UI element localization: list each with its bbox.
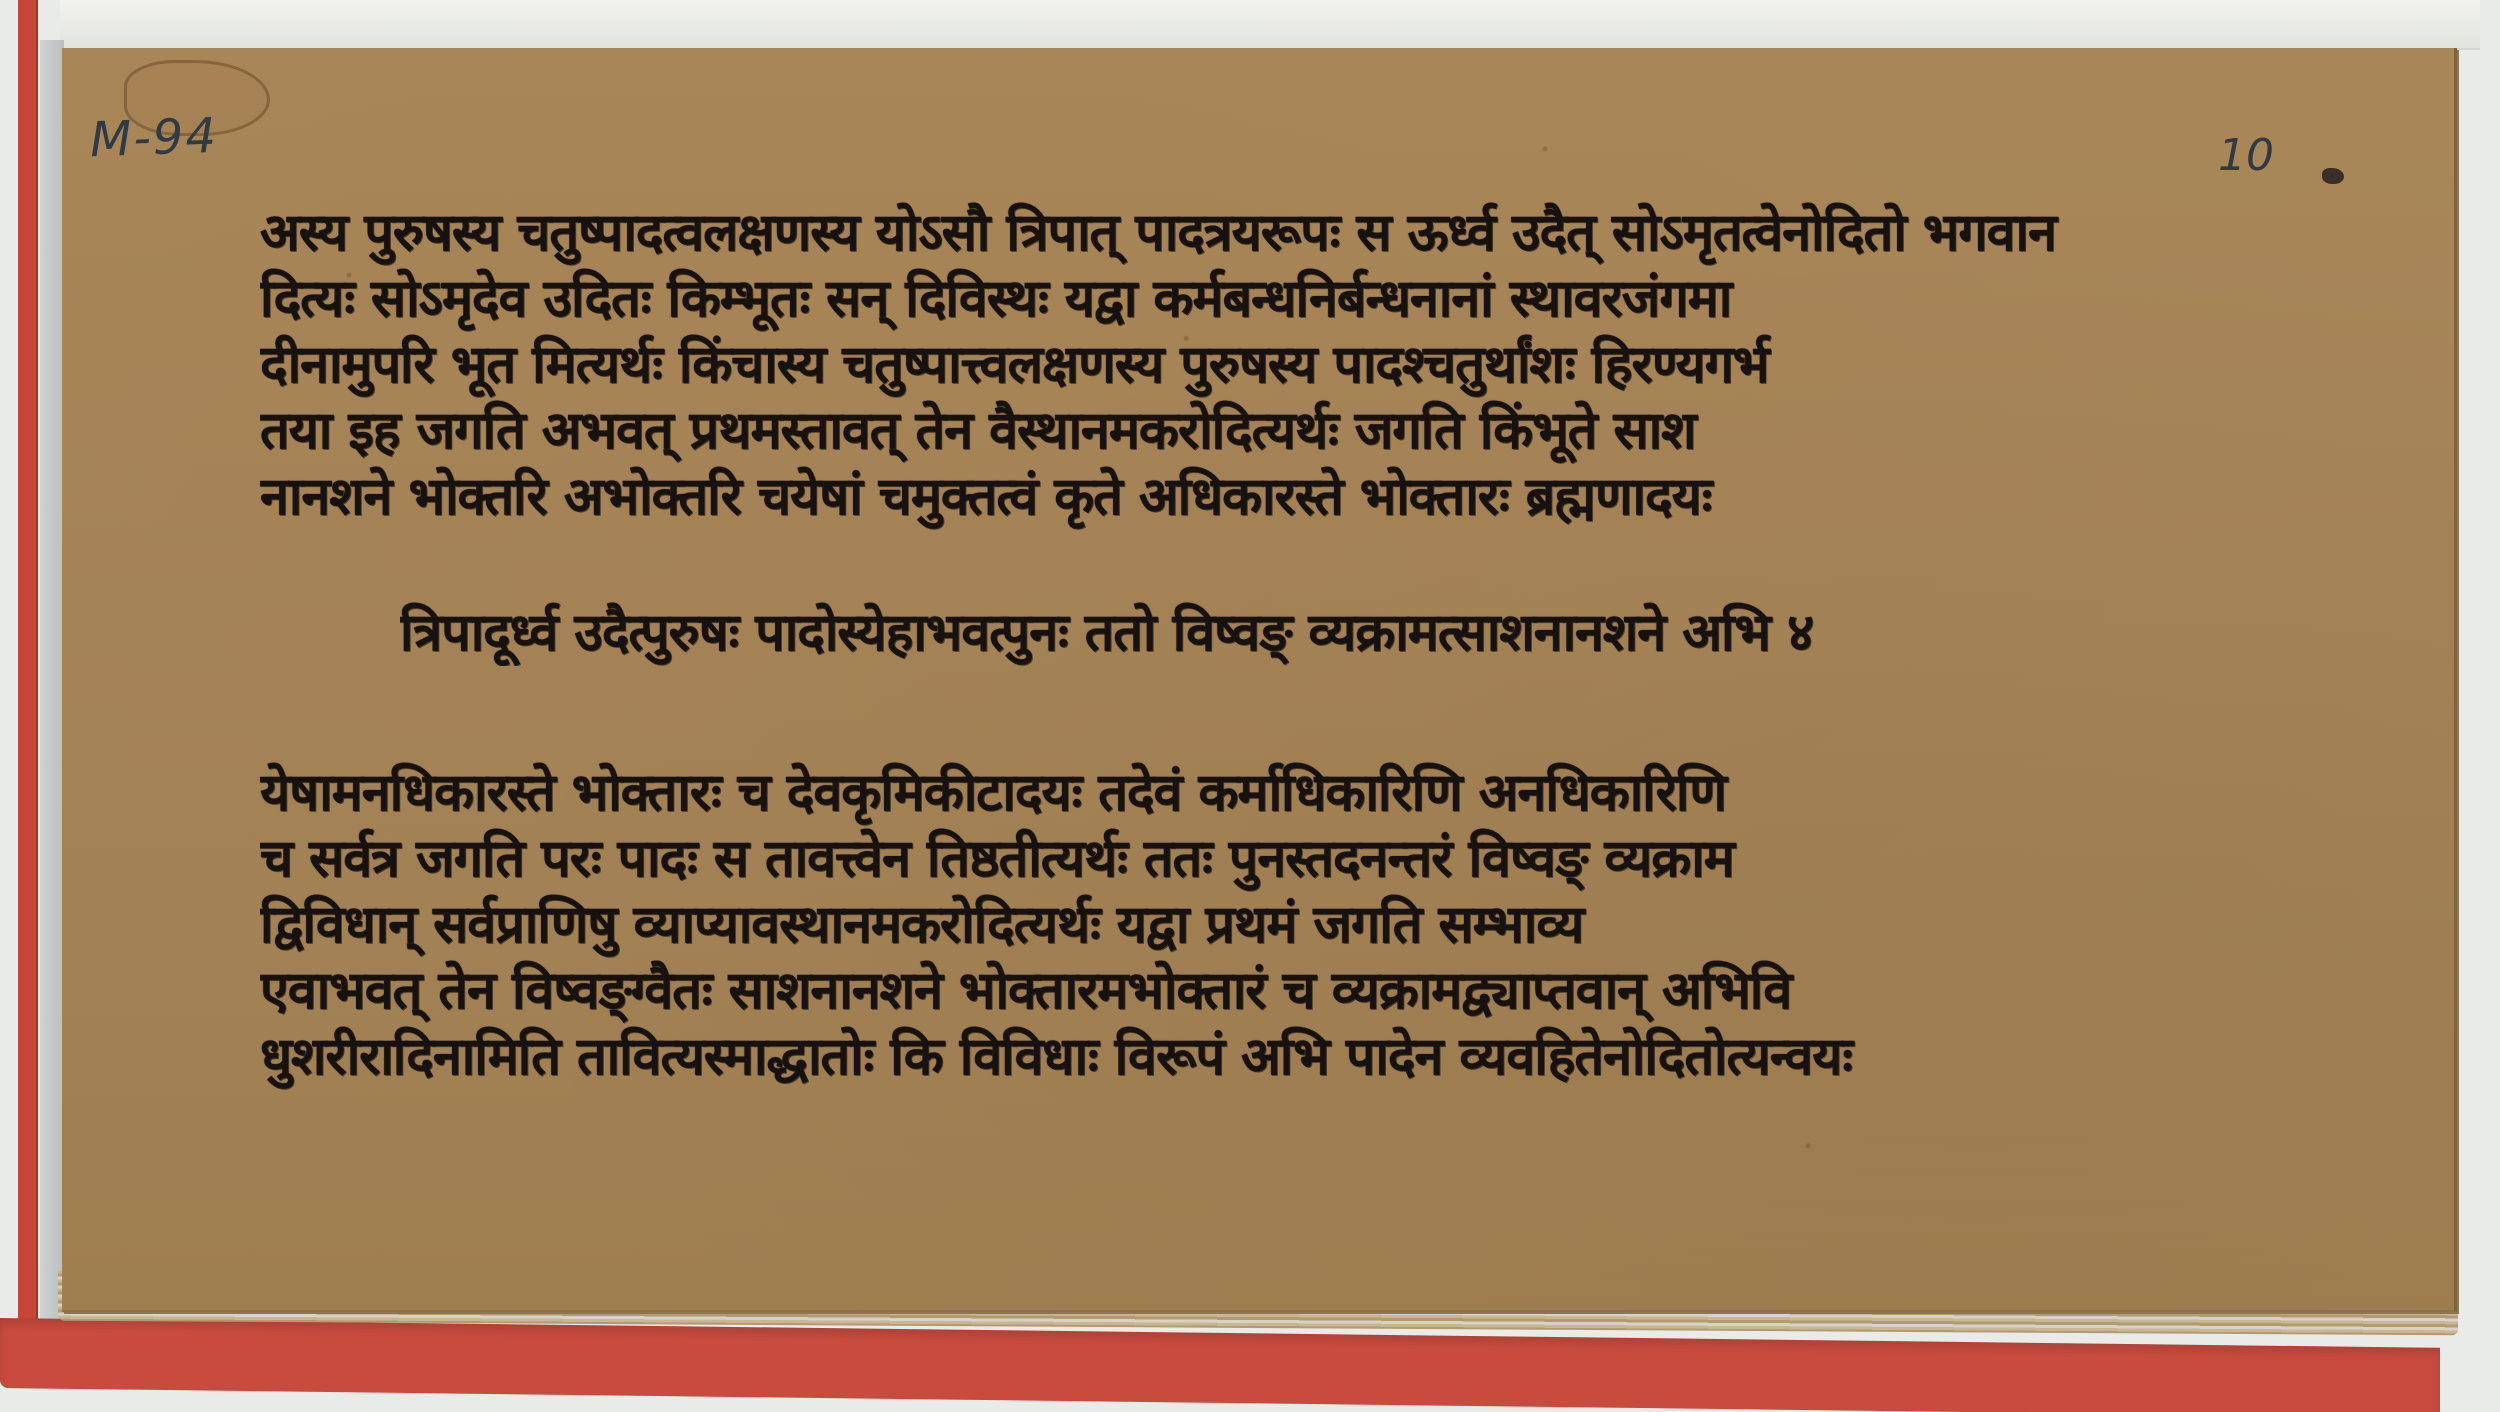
white-mount-background <box>60 0 2480 50</box>
text-line: अस्य पुरुषस्य चतुष्पादत्वलक्षणस्य योऽसौ … <box>260 200 2240 266</box>
folio-number: 10 <box>2218 130 2274 181</box>
verse-line: त्रिपादूर्ध्व उदैत्पुरुषः पादोस्येहाभवत्… <box>400 600 2180 666</box>
text-paragraph-1: अस्य पुरुषस्य चतुष्पादत्वलक्षणस्य योऽसौ … <box>260 200 2240 530</box>
text-paragraph-verse: त्रिपादूर्ध्व उदैत्पुरुषः पादोस्येहाभवत्… <box>400 600 2180 666</box>
text-line: दीनामुपरि भूत मित्यर्थः किंचास्य चतुष्पा… <box>260 332 2240 398</box>
text-line: एवाभवत् तेन विष्वङ्ग्वैतः साशनानशने भोक्… <box>260 958 2260 1024</box>
text-line: नानशने भोक्तरि अभोक्तरि चयेषां चमुक्तत्व… <box>260 464 2240 530</box>
text-line: द्विविधान् सर्वप्राणिषु व्याप्यावस्थानमक… <box>260 892 2260 958</box>
red-cloth-binding-left <box>18 0 38 1330</box>
damage-mark <box>2322 168 2344 184</box>
text-line: दित्यः सोऽमृदेव उदितः किम्भूतः सन् दिविस… <box>260 266 2240 332</box>
text-line: च सर्वत्र जगति परः पादः स तावत्त्वेन तिष… <box>260 826 2260 892</box>
shelfmark-annotation: M-94 <box>89 108 219 168</box>
text-line: धुशरीरादिनामिति तावित्यस्माद्धातोः कि वि… <box>260 1024 2260 1090</box>
folder-edge <box>40 40 64 1320</box>
text-line: येषामनधिकारस्ते भोक्तारः च देवकृमिकीटादय… <box>260 760 2260 826</box>
text-paragraph-2: येषामनधिकारस्ते भोक्तारः च देवकृमिकीटादय… <box>260 760 2260 1090</box>
text-line: तया इह जगति अभवत् प्रथमस्तावत् तेन वैस्थ… <box>260 398 2240 464</box>
